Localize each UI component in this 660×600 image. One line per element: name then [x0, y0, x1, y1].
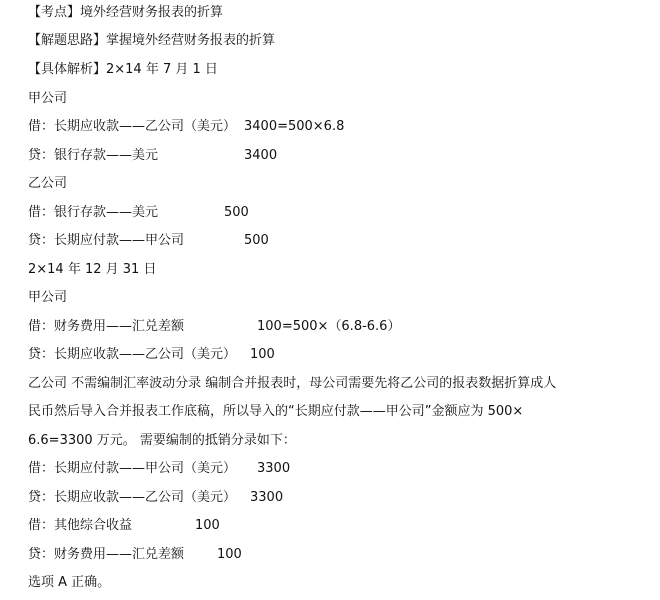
elimination-credit-amount: 3300: [250, 490, 283, 506]
elimination-debit-amount: 3300: [257, 461, 290, 477]
elimination-credit-account: 贷：长期应收款——乙公司（美元）: [28, 490, 236, 506]
journal-credit-amount: 100: [250, 347, 275, 363]
journal-debit-amount: 3400=500×6.8: [244, 119, 344, 135]
elimination-credit-amount: 100: [217, 547, 242, 563]
company-b-heading: 乙公司: [28, 176, 67, 192]
journal-debit-amount: 500: [224, 205, 249, 221]
company-a-heading: 甲公司: [28, 91, 67, 107]
journal-credit-account: 贷：银行存款——美元: [28, 148, 158, 164]
elimination-debit-account: 借：长期应付款——甲公司（美元）: [28, 461, 236, 477]
elimination-debit-amount: 100: [195, 518, 220, 534]
journal-credit-account: 贷：长期应付款——甲公司: [28, 233, 184, 249]
journal-debit-account: 借：财务费用——汇兑差额: [28, 319, 184, 335]
journal-credit-account: 贷：长期应收款——乙公司（美元）: [28, 347, 236, 363]
detailed-analysis-line: 【具体解析】2×14 年 7 月 1 日: [28, 62, 218, 78]
journal-credit-amount: 3400: [244, 148, 277, 164]
company-a-heading: 甲公司: [28, 290, 67, 306]
journal-debit-amount: 100=500×（6.8-6.6）: [257, 319, 400, 335]
paragraph-line-1: 乙公司 不需编制汇率波动分录 编制合并报表时，母公司需要先将乙公司的报表数据折算…: [28, 376, 556, 392]
elimination-debit-account: 借：其他综合收益: [28, 518, 132, 534]
solution-idea-line: 【解题思路】掌握境外经营财务报表的折算: [28, 33, 275, 49]
exam-point-line: 【考点】境外经营财务报表的折算: [28, 5, 223, 21]
journal-credit-amount: 500: [244, 233, 269, 249]
explanation-document: 【考点】境外经营财务报表的折算 【解题思路】掌握境外经营财务报表的折算 【具体解…: [0, 0, 660, 600]
journal-debit-account: 借：长期应收款——乙公司（美元）: [28, 119, 236, 135]
conclusion-line: 选项 A 正确。: [28, 575, 110, 591]
elimination-credit-account: 贷：财务费用——汇兑差额: [28, 547, 184, 563]
paragraph-line-2: 民币然后导入合并报表工作底稿，所以导入的“长期应付款——甲公司”金额应为 500…: [28, 404, 523, 420]
journal-debit-account: 借：银行存款——美元: [28, 205, 158, 221]
paragraph-line-3: 6.6=3300 万元。 需要编制的抵销分录如下：: [28, 433, 296, 449]
date-line: 2×14 年 12 月 31 日: [28, 262, 156, 278]
